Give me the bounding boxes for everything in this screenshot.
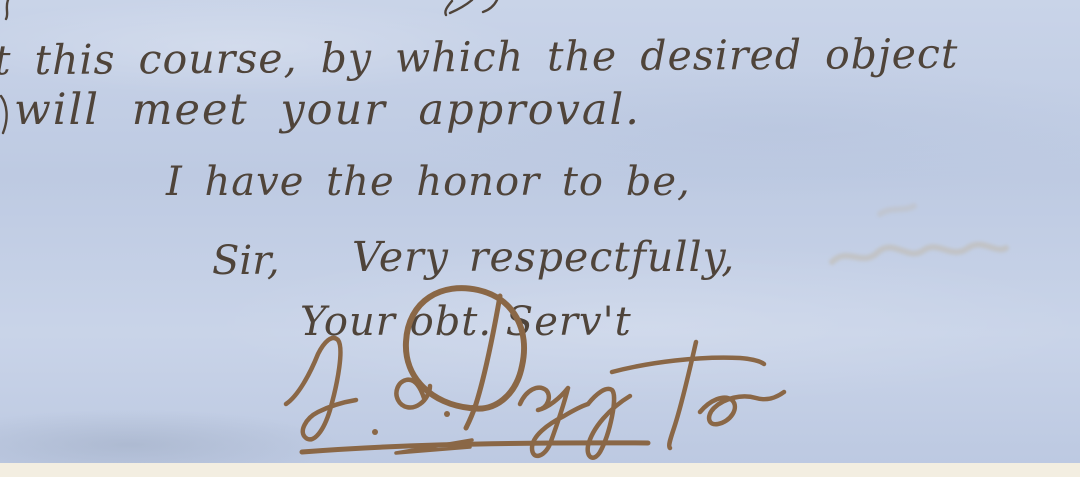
letter-body-line-2: will meet your approval. <box>14 85 641 135</box>
letter-body-line-1: t this course, by which the desired obje… <box>0 30 959 85</box>
scanned-letter-page: t this course, by which the desired obje… <box>0 0 1080 477</box>
letter-salutation: Sir, <box>212 238 280 284</box>
scan-backing-edge <box>0 463 1080 477</box>
letter-respect-line: Very respectfully, <box>352 233 735 281</box>
letter-honor-line: I have the honor to be, <box>166 159 691 205</box>
letter-servant-line: Your obt. Serv't <box>300 299 632 345</box>
